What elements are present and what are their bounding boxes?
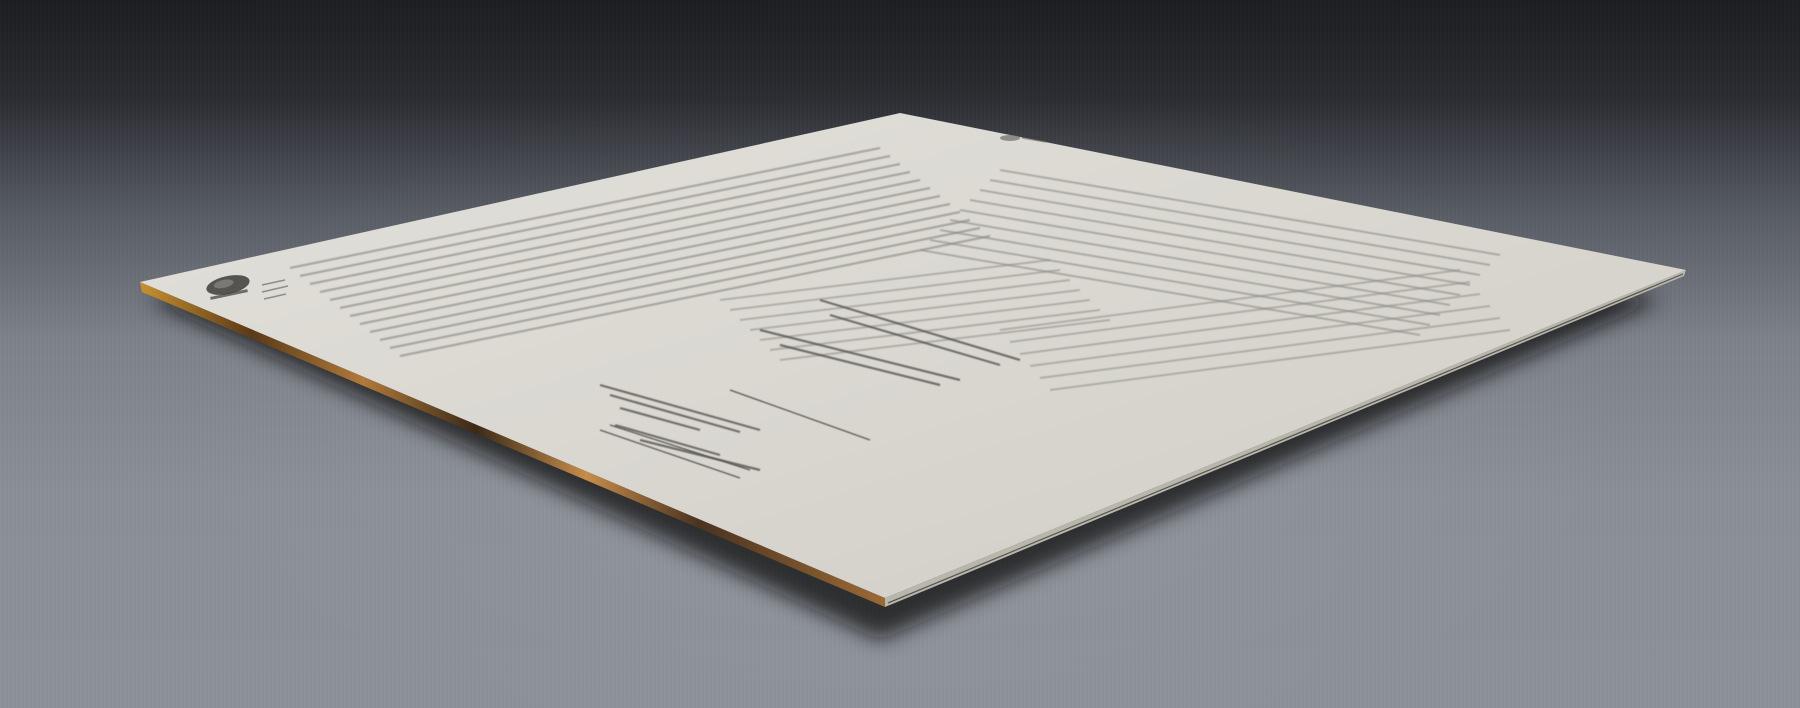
sleeve-back-cover (140, 113, 1686, 598)
photo-scene (0, 0, 1800, 708)
sleeve-stage (0, 0, 1800, 708)
